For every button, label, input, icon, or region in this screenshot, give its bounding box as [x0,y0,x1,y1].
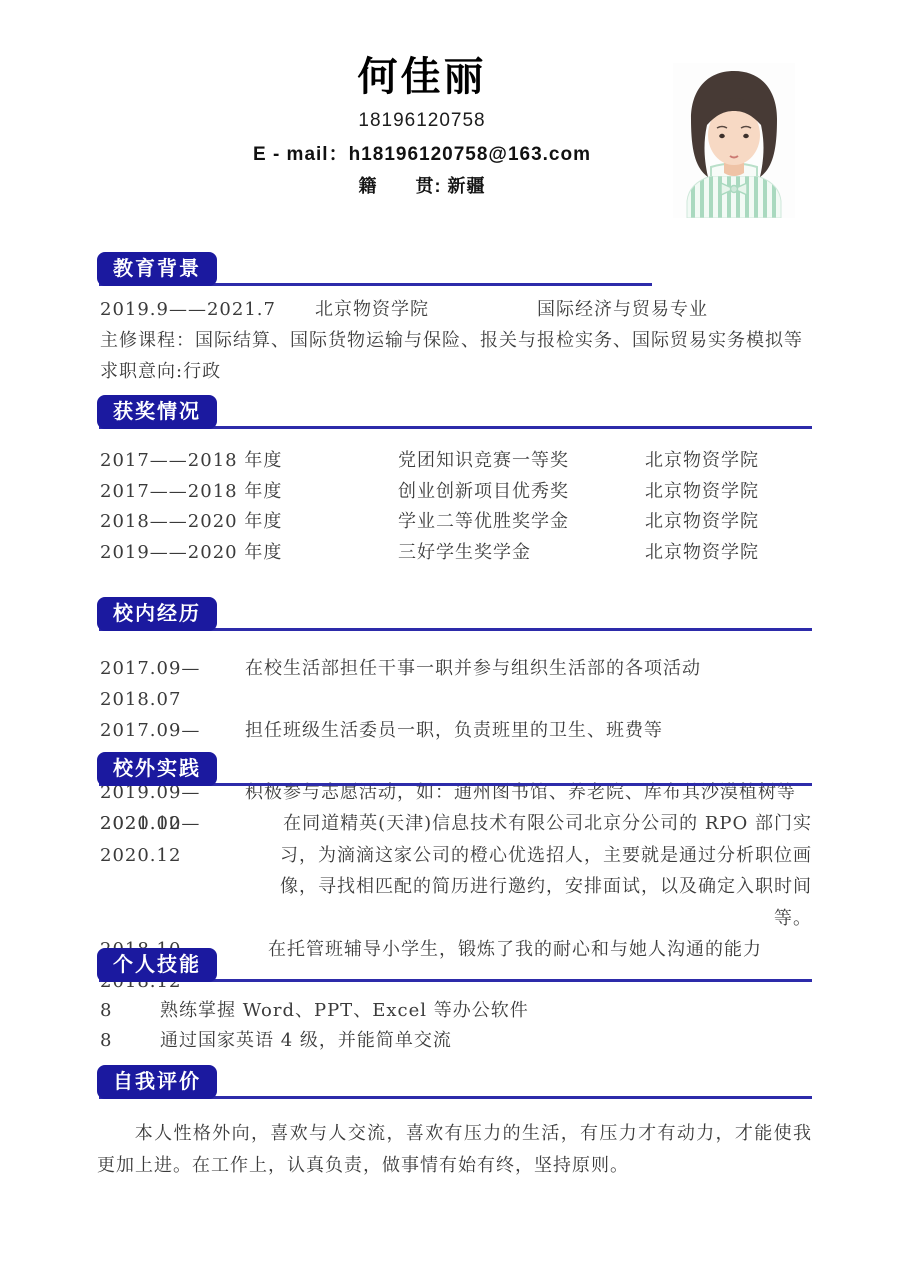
campus-desc: 在校生活部担任干事一职并参与组织生活部的各项活动 [245,653,812,715]
award-org: 北京物资学院 [645,507,812,538]
header: 何佳丽 18196120758 E - mail：h18196120758@16… [97,54,747,198]
email-line: E - mail：h18196120758@163.com [97,143,747,167]
internship-desc: 在同道精英(天津)信息技术有限公司北京分公司的 RPO 部门实习，为滴滴这家公司… [268,808,812,934]
internship-row: 2020.10—2020.12 在同道精英(天津)信息技术有限公司北京分公司的 … [100,808,812,934]
award-org: 北京物资学院 [645,446,812,477]
id-photo-illustration [673,63,795,218]
hometown-line: 籍 贯: 新疆 [97,175,747,198]
candidate-name: 何佳丽 [97,54,747,100]
campus-period: 2017.09—2018.07 [100,653,245,715]
award-title: 创业创新项目优秀奖 [398,477,645,508]
award-row: 2019——2020 年度 三好学生奖学金 北京物资学院 [100,538,812,569]
section-skills-badge: 个人技能 [97,948,217,982]
award-row: 2017——2018 年度 党团知识竞赛一等奖 北京物资学院 [100,446,812,477]
internship-period: 2020.10—2020.12 [100,808,268,934]
skill-row: 8 通过国家英语 4 级，并能简单交流 [100,1026,812,1056]
award-period: 2018——2020 年度 [100,507,398,538]
education-major: 国际经济与贸易专业 [537,294,812,325]
section-self-evaluation-header: 自我评价 [97,1065,812,1099]
award-title: 三好学生奖学金 [398,538,645,569]
resume-page: 何佳丽 18196120758 E - mail：h18196120758@16… [0,0,901,1275]
email-value: h18196120758@163.com [349,144,591,165]
award-title: 学业二等优胜奖学金 [398,507,645,538]
section-awards: 获奖情况 2017——2018 年度 党团知识竞赛一等奖 北京物资学院 2017… [97,395,812,568]
section-education-badge: 教育背景 [97,252,217,286]
award-title: 党团知识竞赛一等奖 [398,446,645,477]
section-campus-header: 校内经历 [97,597,812,631]
education-row: 2019.9——2021.7 北京物资学院 国际经济与贸易专业 [97,294,812,325]
section-self-evaluation-badge: 自我评价 [97,1065,217,1099]
section-education-header: 教育背景 [97,252,812,286]
phone-number: 18196120758 [97,109,747,133]
hometown-value: 新疆 [448,176,486,196]
section-self-evaluation: 自我评价 本人性格外向，喜欢与人交流，喜欢有压力的生活，有压力才有动力，才能使我… [97,1065,812,1182]
award-org: 北京物资学院 [645,477,812,508]
section-skills: 个人技能 8 熟练掌握 Word、PPT、Excel 等办公软件 8 通过国家英… [97,948,812,1056]
section-awards-header: 获奖情况 [97,395,812,429]
awards-list: 2017——2018 年度 党团知识竞赛一等奖 北京物资学院 2017——201… [97,446,812,568]
id-photo [673,63,795,218]
award-row: 2018——2020 年度 学业二等优胜奖学金 北京物资学院 [100,507,812,538]
email-label: E - mail： [253,144,349,165]
award-period: 2019——2020 年度 [100,538,398,569]
skill-bullet: 8 [100,996,160,1026]
hometown-label: 籍 贯: [359,176,448,196]
self-evaluation-text: 本人性格外向，喜欢与人交流，喜欢有压力的生活，有压力才有动力，才能使我更加上进。… [97,1118,812,1182]
award-org: 北京物资学院 [645,538,812,569]
section-campus-badge: 校内经历 [97,597,217,631]
education-period: 2019.9——2021.7 [100,294,315,325]
skill-desc: 通过国家英语 4 级，并能简单交流 [160,1026,812,1056]
award-period: 2017——2018 年度 [100,446,398,477]
education-school: 北京物资学院 [315,294,537,325]
award-row: 2017——2018 年度 创业创新项目优秀奖 北京物资学院 [100,477,812,508]
campus-row: 2017.09—2018.07 在校生活部担任干事一职并参与组织生活部的各项活动 [100,653,812,715]
self-evaluation-body: 本人性格外向，喜欢与人交流，喜欢有压力的生活，有压力才有动力，才能使我更加上进。… [97,1118,812,1182]
skill-bullet: 8 [100,1026,160,1056]
skill-desc: 熟练掌握 Word、PPT、Excel 等办公软件 [160,996,812,1026]
award-period: 2017——2018 年度 [100,477,398,508]
section-internship-badge: 校外实践 [97,752,217,786]
education-courses: 主修课程：国际结算、国际货物运输与保险、报关与报检实务、国际贸易实务模拟等 [97,325,812,356]
section-internship-header: 校外实践 [97,752,812,786]
job-objective: 求职意向:行政 [97,356,812,387]
skills-list: 8 熟练掌握 Word、PPT、Excel 等办公软件 8 通过国家英语 4 级… [97,996,812,1056]
section-awards-badge: 获奖情况 [97,395,217,429]
section-education: 教育背景 2019.9——2021.7 北京物资学院 国际经济与贸易专业 主修课… [97,252,812,387]
skill-row: 8 熟练掌握 Word、PPT、Excel 等办公软件 [100,996,812,1026]
section-skills-header: 个人技能 [97,948,812,982]
